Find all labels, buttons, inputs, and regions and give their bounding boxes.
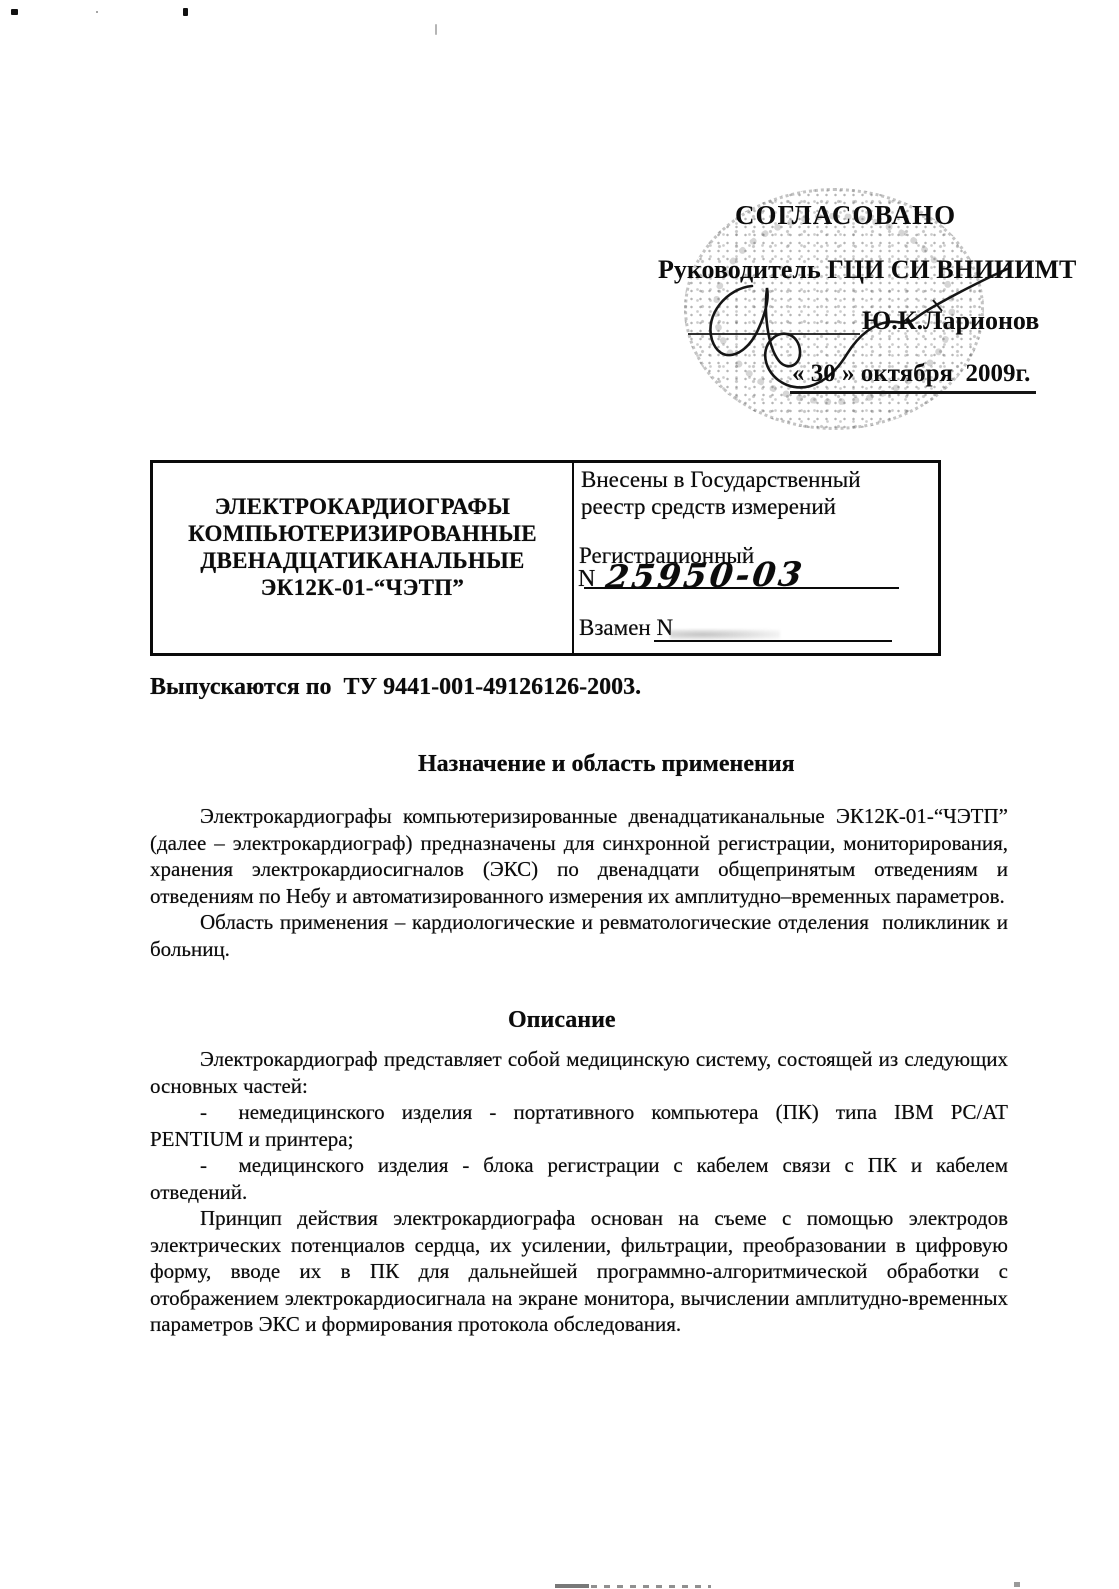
scan-speck (96, 11, 98, 13)
registry-note-line: Внесены в Государственный (581, 466, 861, 493)
device-title-line: ЭК12К-01-“ЧЭТП” (153, 574, 572, 601)
scan-speck (435, 24, 437, 35)
paragraph: Электрокардиографы компьютеризированные … (150, 803, 1008, 909)
approval-date: « 30 » октября 2009г. (790, 360, 1036, 394)
paragraph: Принцип действия электрокардиографа осно… (150, 1205, 1008, 1338)
list-item-paragraph: - немедицинского изделия - портативного … (150, 1099, 1008, 1152)
registration-number-underline (584, 587, 899, 589)
scan-speck (1014, 1582, 1020, 1587)
registration-number-handwritten: 25950-03 (603, 554, 807, 596)
device-title-line: КОМПЬЮТЕРИЗИРОВАННЫЕ (153, 520, 572, 547)
approver-name: Ю.К.Ларионов (862, 306, 1039, 336)
registry-cell: Внесены в Государственный реестр средств… (574, 463, 938, 653)
registry-note-line: реестр средств измерений (581, 493, 861, 520)
list-item-paragraph: - медицинского изделия - блока регистрац… (150, 1152, 1008, 1205)
purpose-section-body: Электрокардиографы компьютеризированные … (150, 803, 1008, 962)
scan-speck (183, 8, 188, 16)
device-title-line: ЭЛЕКТРОКАРДИОГРАФЫ (153, 493, 572, 520)
scan-speck (11, 9, 18, 15)
title-block-table: ЭЛЕКТРОКАРДИОГРАФЫ КОМПЬЮТЕРИЗИРОВАННЫЕ … (150, 460, 941, 656)
section-heading-purpose: Назначение и область применения (418, 751, 795, 778)
scan-artifact-dashes (591, 1585, 711, 1588)
paragraph: Электрокардиограф представляет собой мед… (150, 1046, 1008, 1099)
replaces-underline (654, 640, 892, 642)
replaces-label: Взамен N (579, 615, 673, 641)
approval-status: СОГЛАСОВАНО (735, 200, 956, 231)
erased-smudge (670, 629, 780, 640)
device-title-cell: ЭЛЕКТРОКАРДИОГРАФЫ КОМПЬЮТЕРИЗИРОВАННЫЕ … (153, 463, 574, 653)
description-section-body: Электрокардиограф представляет собой мед… (150, 1046, 1008, 1338)
approver-title: Руководитель ГЦИ СИ ВНИИИМТ (658, 255, 1076, 285)
device-title-line: ДВЕНАДЦАТИКАНАЛЬНЫЕ (153, 547, 572, 574)
technical-conditions-line: Выпускаются по ТУ 9441-001-49126126-2003… (150, 674, 641, 701)
scan-artifact-bar (555, 1584, 589, 1588)
section-heading-description: Описание (508, 1007, 616, 1034)
paragraph: Область применения – кардиологические и … (150, 909, 1008, 962)
document-page: СОГЛАСОВАНО Руководитель ГЦИ СИ ВНИИИМТ … (0, 0, 1119, 1589)
registry-note: Внесены в Государственный реестр средств… (581, 466, 861, 520)
